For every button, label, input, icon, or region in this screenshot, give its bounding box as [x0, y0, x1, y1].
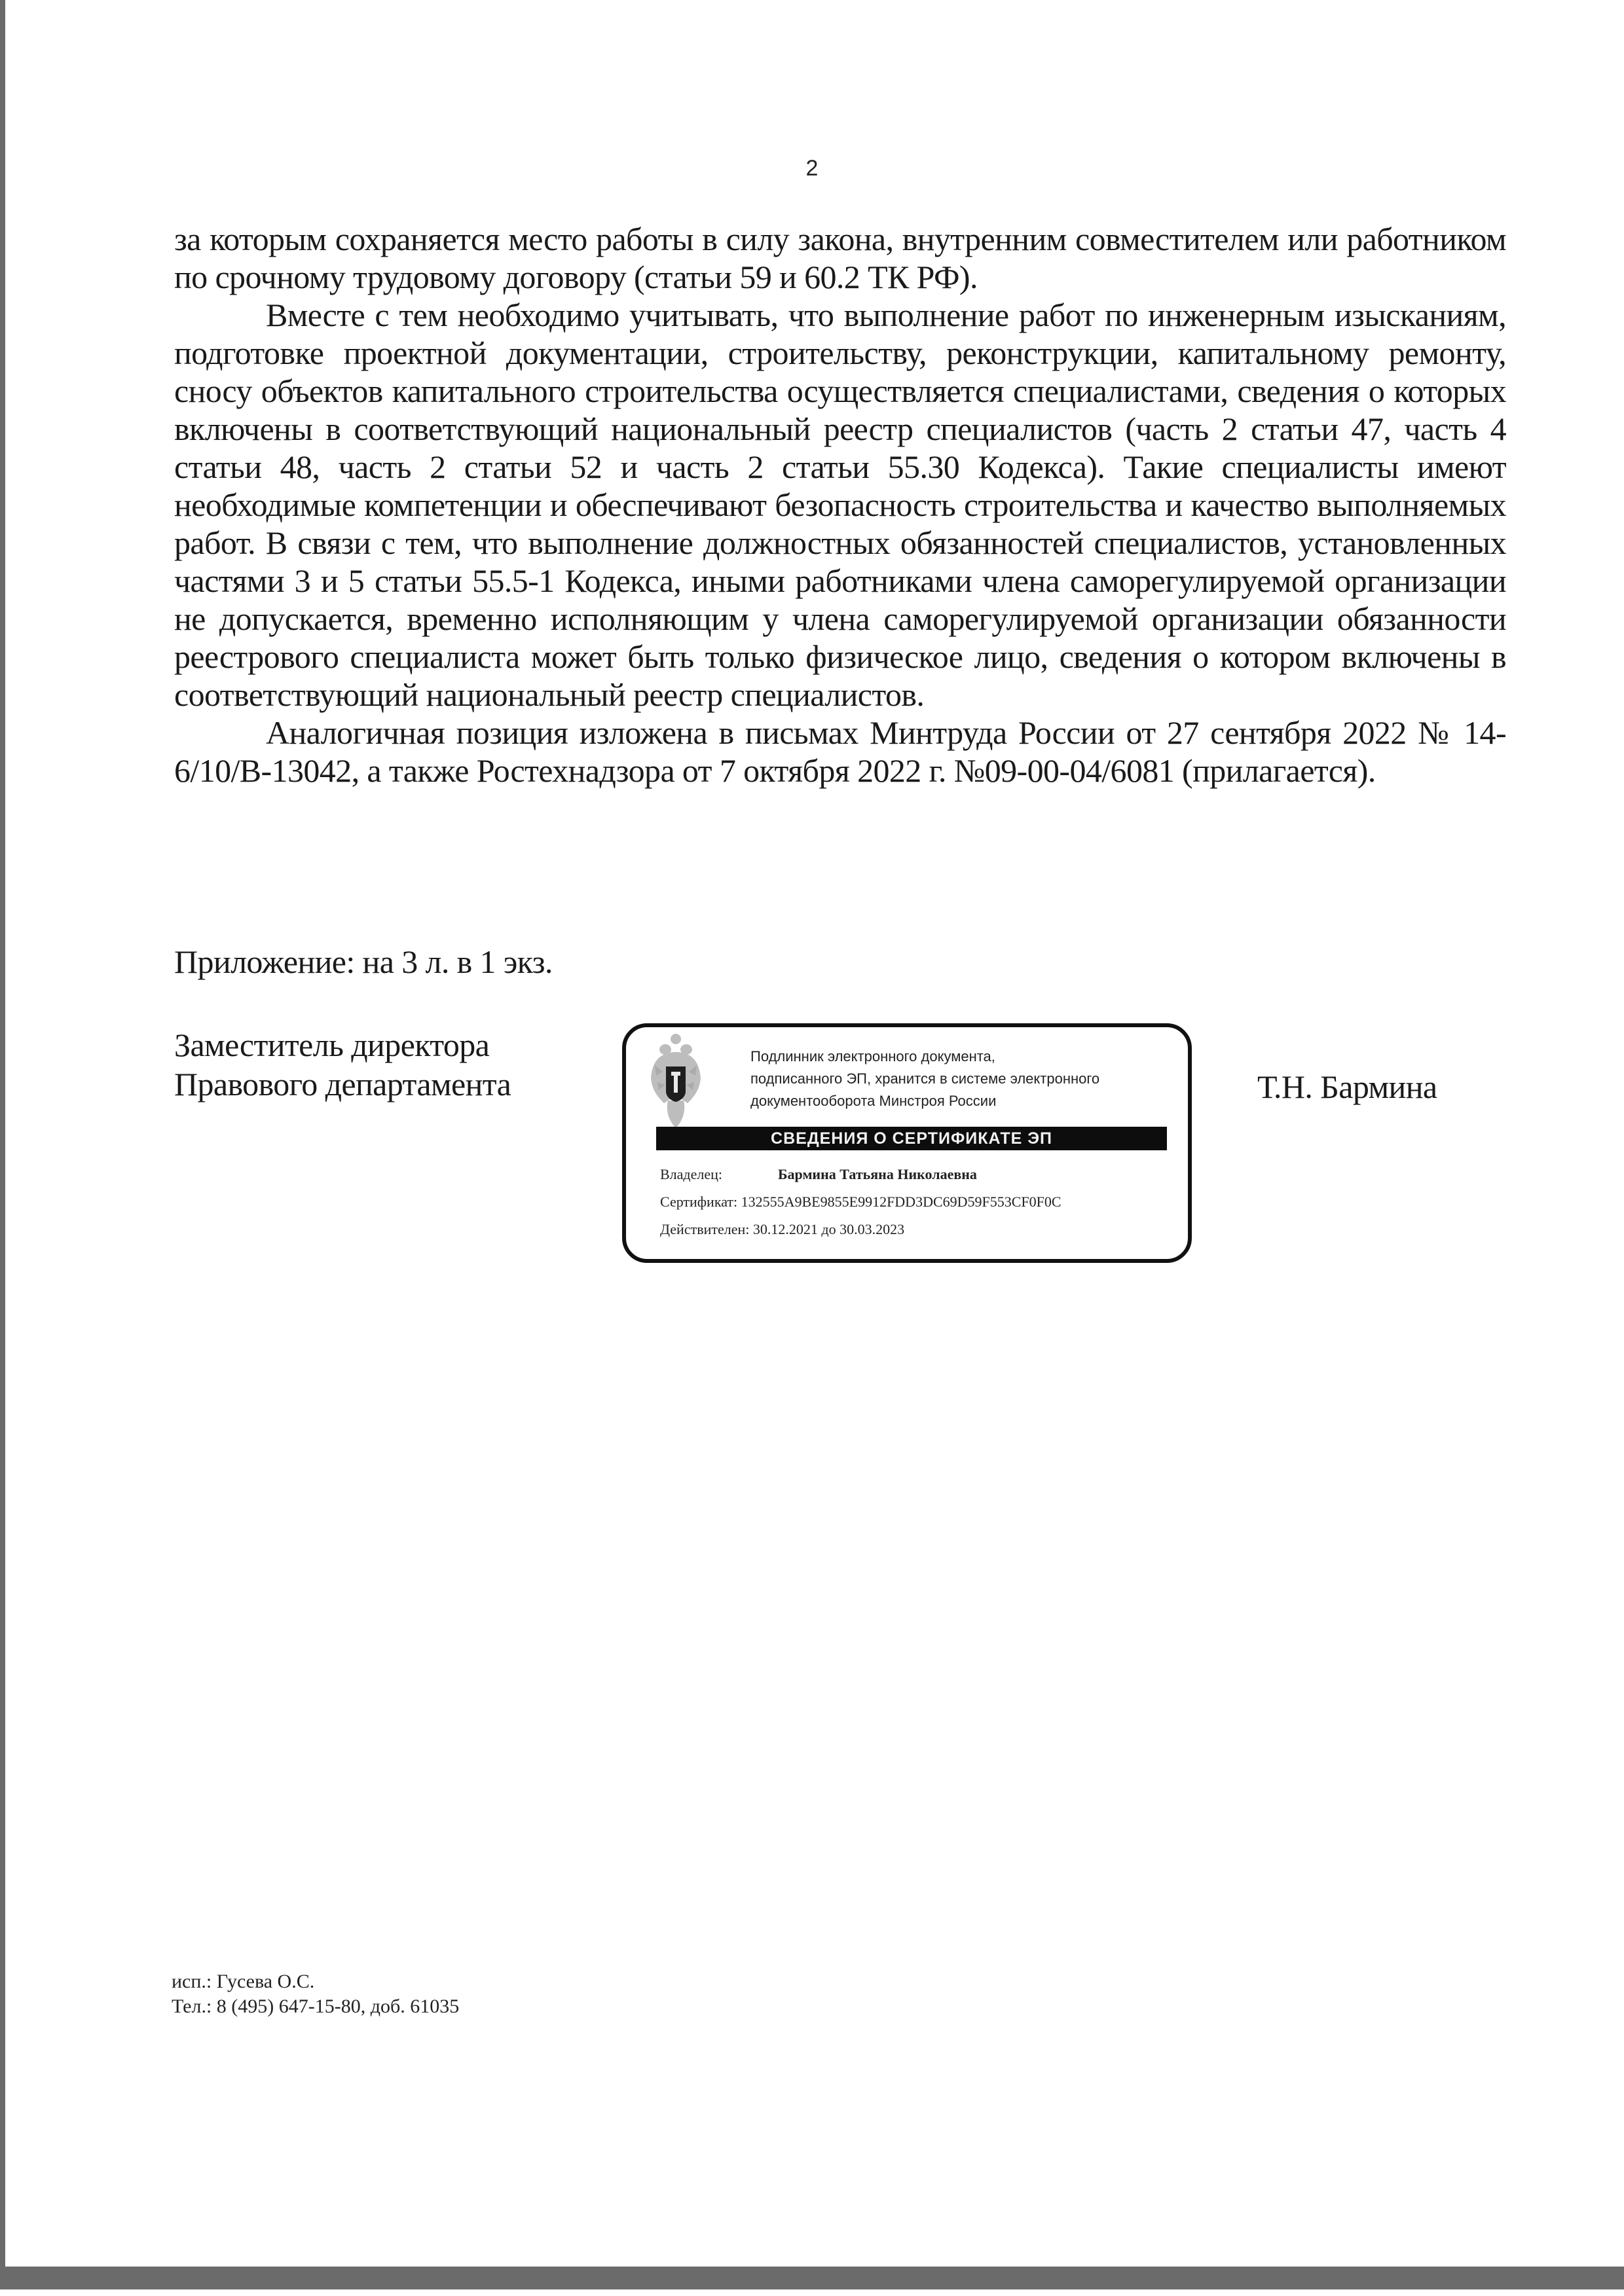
- certificate-info-header: СВЕДЕНИЯ О СЕРТИФИКАТЕ ЭП: [656, 1127, 1167, 1150]
- paragraph-registry-specialists: Вместе с тем необходимо учитывать, что в…: [174, 296, 1506, 714]
- certificate-label: Сертификат:: [660, 1194, 737, 1210]
- valid-from: 30.12.2021: [753, 1221, 818, 1237]
- signatory-position-line1: Заместитель директора: [174, 1025, 511, 1065]
- scan-left-edge: [0, 0, 5, 2272]
- page-number: 2: [0, 156, 1624, 181]
- appendix-note: Приложение: на 3 л. в 1 экз.: [174, 943, 553, 981]
- valid-to: 30.03.2023: [840, 1221, 904, 1237]
- valid-separator: до: [821, 1221, 836, 1237]
- owner-label: Владелец:: [660, 1161, 778, 1188]
- executor-info: исп.: Гусева О.С. Тел.: 8 (495) 647-15-8…: [172, 1969, 459, 2019]
- certificate-serial-row: Сертификат: 132555A9BE9855E9912FDD3DC69D…: [660, 1188, 1184, 1216]
- scan-bottom-edge: [0, 2267, 1624, 2289]
- paragraph-continuation: за которым сохраняется место работы в си…: [174, 220, 1506, 296]
- letter-body: за которым сохраняется место работы в си…: [174, 220, 1506, 790]
- certificate-value: 132555A9BE9855E9912FDD3DC69D59F553CF0F0C: [741, 1194, 1061, 1210]
- executor-name: исп.: Гусева О.С.: [172, 1969, 459, 1994]
- executor-phone: Тел.: 8 (495) 647-15-80, доб. 61035: [172, 1994, 459, 2019]
- coat-of-arms-eagle-icon: [650, 1032, 702, 1131]
- valid-label: Действителен:: [660, 1221, 749, 1237]
- certificate-fields: Владелец:Бармина Татьяна Николаевна Серт…: [660, 1161, 1184, 1243]
- signatory-position: Заместитель директора Правового департам…: [174, 1025, 511, 1104]
- stamp-intro-text: Подлинник электронного документа, подпис…: [750, 1046, 1183, 1112]
- owner-value: Бармина Татьяна Николаевна: [778, 1166, 977, 1182]
- certificate-owner-row: Владелец:Бармина Татьяна Николаевна: [660, 1161, 1184, 1188]
- electronic-signature-stamp: Подлинник электронного документа, подпис…: [622, 1023, 1192, 1263]
- signatory-position-line2: Правового департамента: [174, 1065, 511, 1104]
- certificate-validity-row: Действителен: 30.12.2021 до 30.03.2023: [660, 1216, 1184, 1243]
- signatory-name: Т.Н. Бармина: [1257, 1067, 1437, 1106]
- paragraph-similar-position: Аналогичная позиция изложена в письмах М…: [174, 714, 1506, 790]
